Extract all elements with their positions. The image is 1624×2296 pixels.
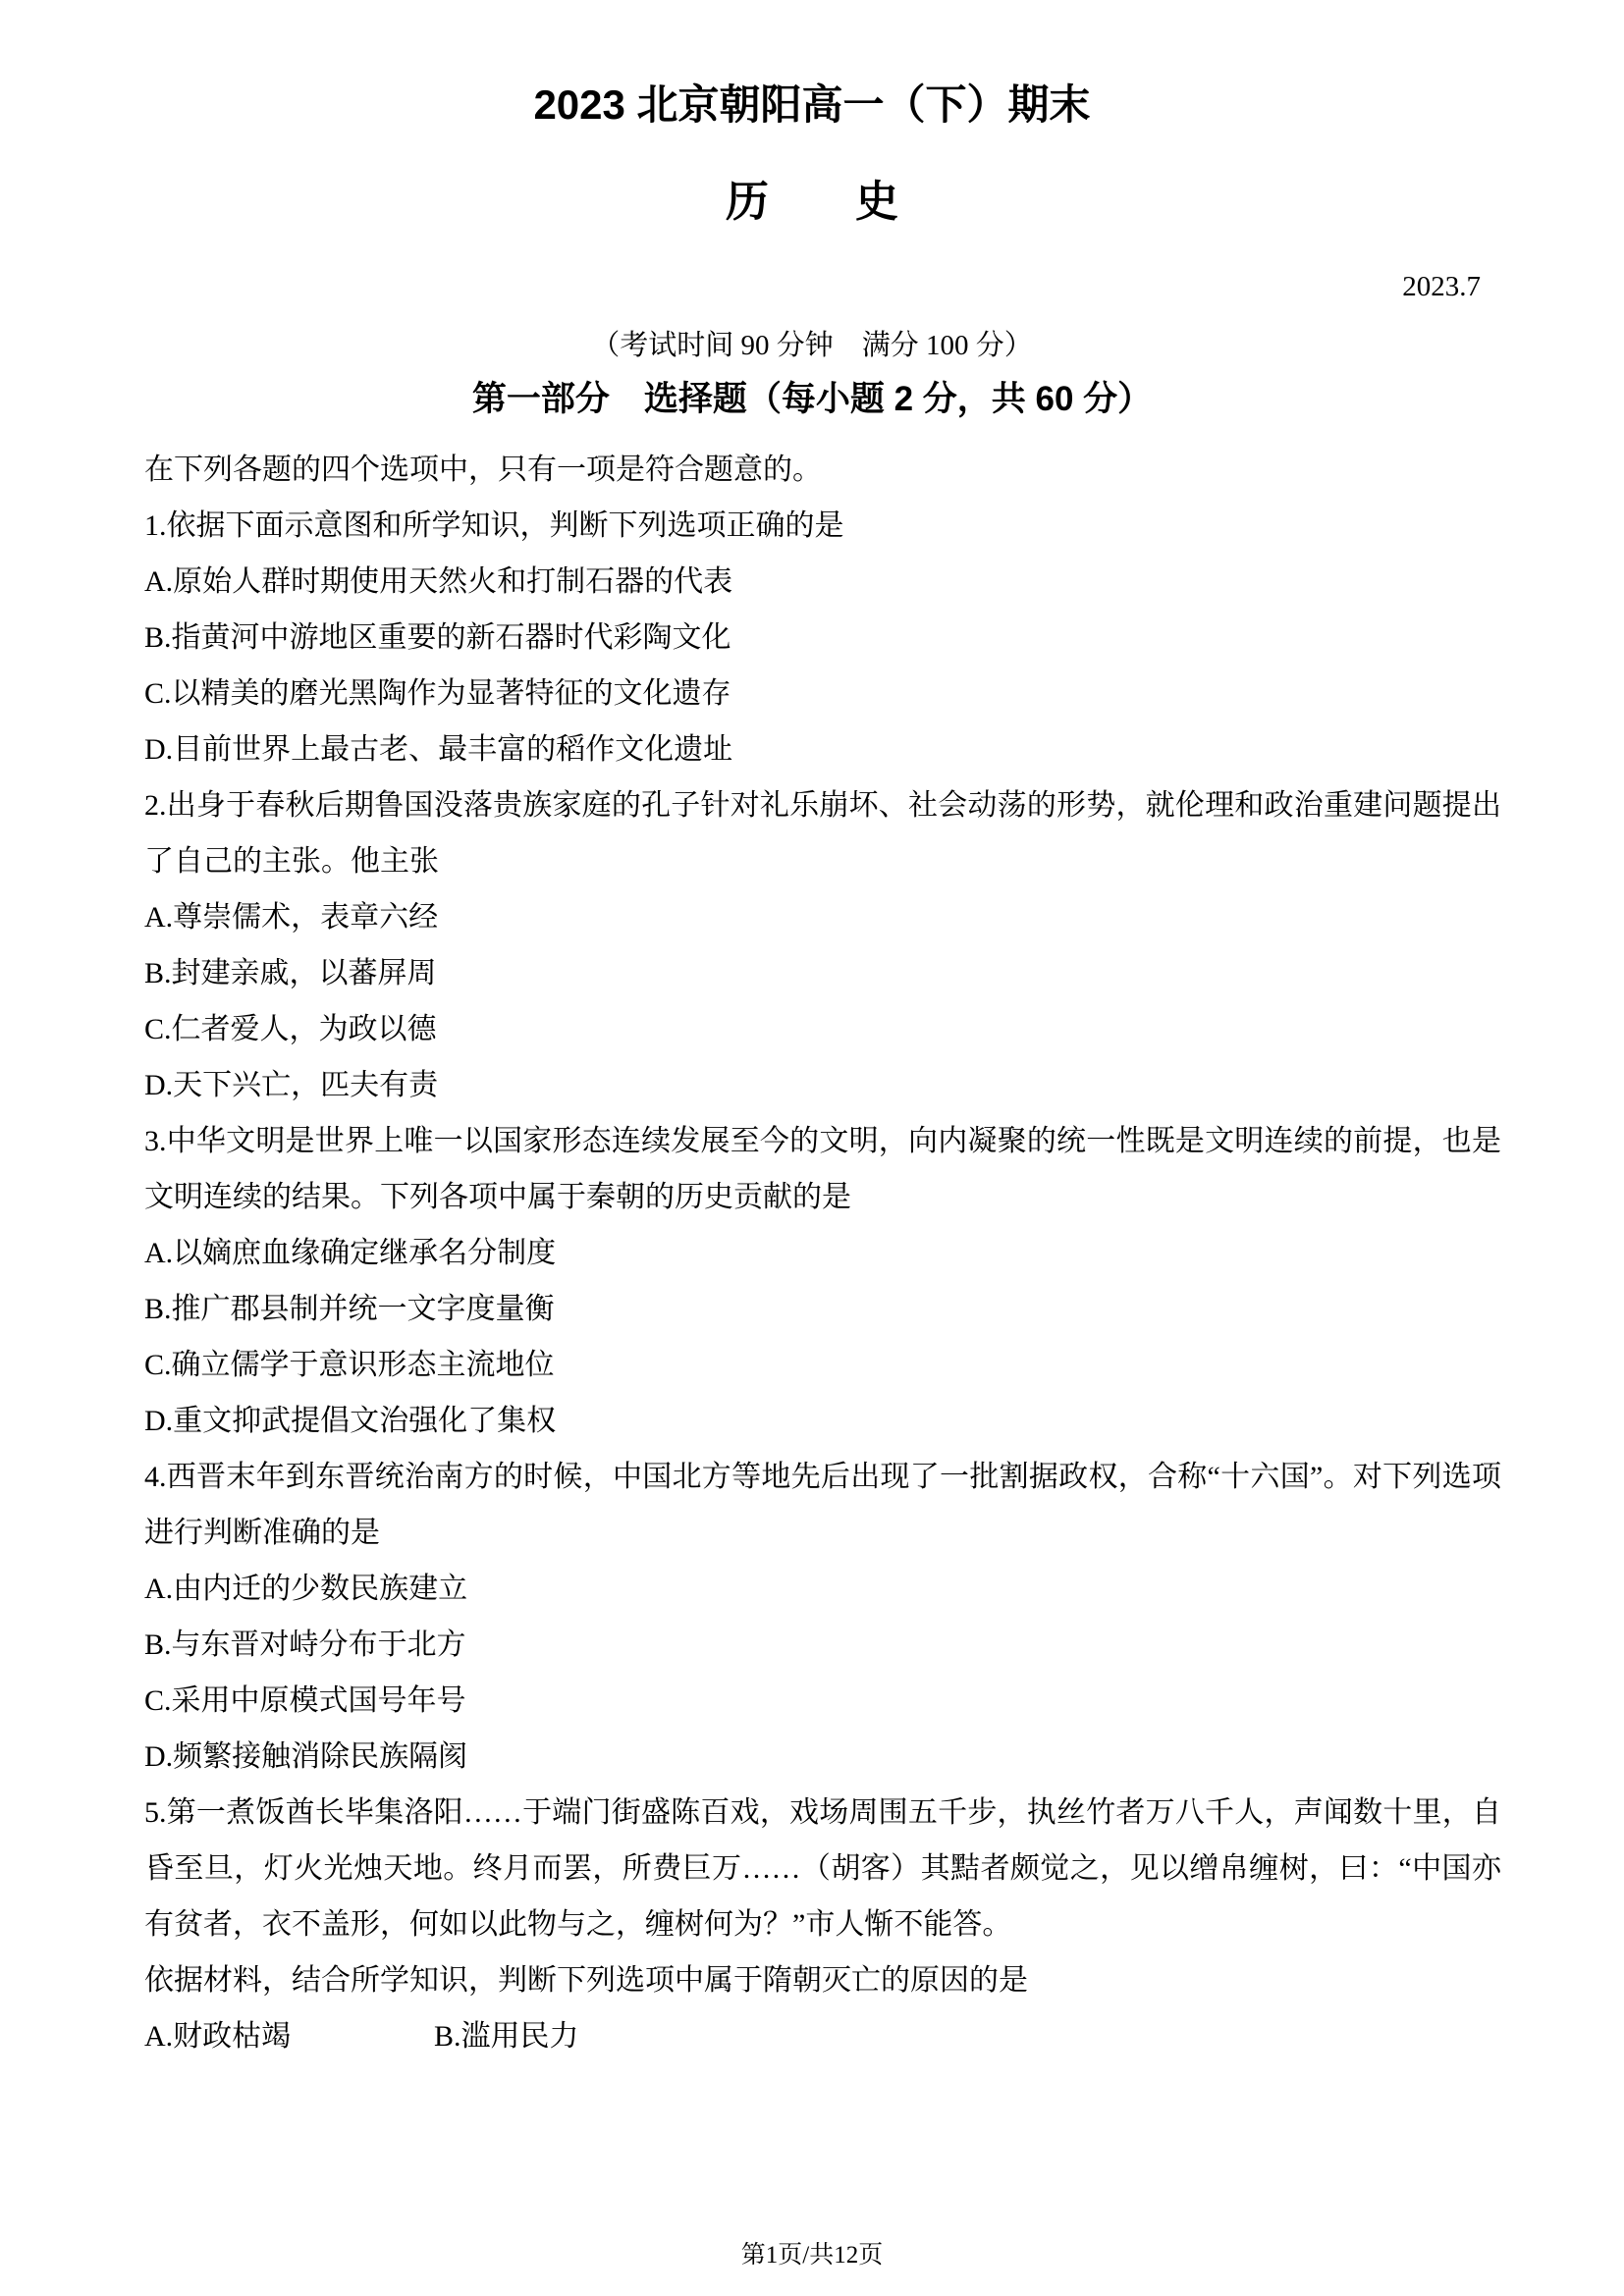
question-2: 2.出身于春秋后期鲁国没落贵族家庭的孔子针对礼乐崩坏、社会动荡的形势，就伦理和政… [144, 777, 1501, 1113]
question-4-option-d: D.频繁接触消除民族隔阂 [144, 1729, 1501, 1785]
question-2-option-d: D.天下兴亡，匹夫有责 [144, 1057, 1501, 1113]
question-5-prompt: 依据材料，结合所学知识，判断下列选项中属于隋朝灭亡的原因的是 [144, 1952, 1501, 2008]
question-5-option-a: A.财政枯竭 [144, 2008, 434, 2064]
question-5-option-b: B.滥用民力 [434, 2020, 579, 2053]
question-1-option-c: C.以精美的磨光黑陶作为显著特征的文化遗存 [144, 666, 1501, 721]
question-4: 4.西晋末年到东晋统治南方的时候，中国北方等地先后出现了一批割据政权，合称“十六… [144, 1449, 1501, 1785]
question-3-stem: 3.中华文明是世界上唯一以国家形态连续发展至今的文明，向内凝聚的统一性既是文明连… [144, 1113, 1501, 1225]
question-5-stem: 5.第一煮饭酋长毕集洛阳……于端门街盛陈百戏，戏场周围五千步，执丝竹者万八千人，… [144, 1785, 1501, 1952]
question-4-stem: 4.西晋末年到东晋统治南方的时候，中国北方等地先后出现了一批割据政权，合称“十六… [144, 1449, 1501, 1561]
question-4-option-a: A.由内迁的少数民族建立 [144, 1561, 1501, 1617]
exam-date: 2023.7 [0, 270, 1624, 304]
page-footer: 第1页/共12页 [0, 2235, 1624, 2270]
question-5-options-row: A.财政枯竭B.滥用民力 [144, 2008, 1501, 2064]
question-3-option-d: D.重文抑武提倡文治强化了集权 [144, 1393, 1501, 1449]
exam-header: 2023 北京朝阳高一（下）期末 历 史 2023.7 （考试时间 90 分钟 … [0, 0, 1624, 420]
question-5: 5.第一煮饭酋长毕集洛阳……于端门街盛陈百戏，戏场周围五千步，执丝竹者万八千人，… [144, 1785, 1501, 2064]
question-2-stem: 2.出身于春秋后期鲁国没落贵族家庭的孔子针对礼乐崩坏、社会动荡的形势，就伦理和政… [144, 777, 1501, 889]
exam-paper-page: 2023 北京朝阳高一（下）期末 历 史 2023.7 （考试时间 90 分钟 … [0, 0, 1624, 2296]
question-3: 3.中华文明是世界上唯一以国家形态连续发展至今的文明，向内凝聚的统一性既是文明连… [144, 1113, 1501, 1449]
question-3-option-b: B.推广郡县制并统一文字度量衡 [144, 1281, 1501, 1337]
instructions-line: 在下列各题的四个选项中，只有一项是符合题意的。 [144, 442, 1501, 498]
question-1-option-a: A.原始人群时期使用天然火和打制石器的代表 [144, 554, 1501, 610]
exam-title: 2023 北京朝阳高一（下）期末 [0, 82, 1624, 128]
question-2-option-c: C.仁者爱人，为政以德 [144, 1001, 1501, 1057]
page-number-indicator: 第1页/共12页 [741, 2242, 883, 2269]
question-list: 在下列各题的四个选项中，只有一项是符合题意的。 1.依据下面示意图和所学知识，判… [144, 442, 1501, 2064]
question-4-option-b: B.与东晋对峙分布于北方 [144, 1617, 1501, 1673]
question-1-option-b: B.指黄河中游地区重要的新石器时代彩陶文化 [144, 610, 1501, 666]
question-1-stem: 1.依据下面示意图和所学知识，判断下列选项正确的是 [144, 498, 1501, 554]
exam-duration-info: （考试时间 90 分钟 满分 100 分） [0, 329, 1624, 363]
question-2-option-a: A.尊崇儒术，表章六经 [144, 889, 1501, 945]
exam-subject: 历 史 [0, 179, 1624, 226]
question-1: 1.依据下面示意图和所学知识，判断下列选项正确的是 A.原始人群时期使用天然火和… [144, 498, 1501, 777]
question-3-option-c: C.确立儒学于意识形态主流地位 [144, 1337, 1501, 1393]
section-one-heading: 第一部分 选择题（每小题 2 分，共 60 分） [0, 379, 1624, 420]
question-1-option-d: D.目前世界上最古老、最丰富的稻作文化遗址 [144, 721, 1501, 777]
question-4-option-c: C.采用中原模式国号年号 [144, 1673, 1501, 1729]
question-3-option-a: A.以嫡庶血缘确定继承名分制度 [144, 1225, 1501, 1281]
question-2-option-b: B.封建亲戚，以蕃屏周 [144, 945, 1501, 1001]
